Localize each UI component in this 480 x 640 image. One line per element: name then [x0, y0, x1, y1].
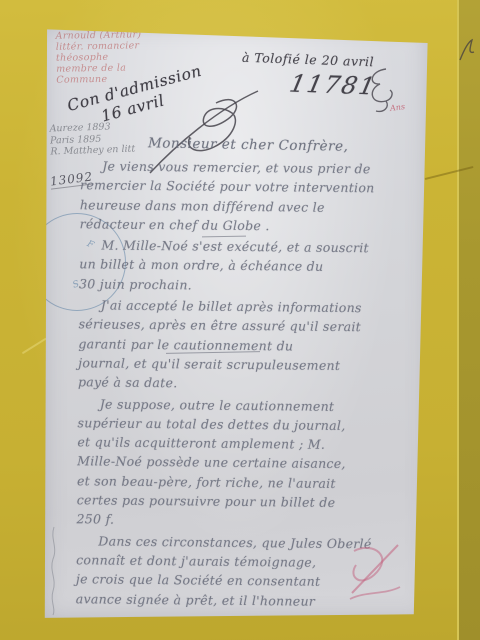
- letter-line: payé à sa date.: [78, 372, 418, 395]
- letter-line: certes pas poursuivre pour un billet de: [77, 490, 417, 513]
- letter-paragraph: Je suppose, outre le cautionnementsupéri…: [76, 394, 417, 533]
- date-annotation: à Tolofié le 20 avril: [242, 50, 375, 70]
- red-small-note: Ans: [389, 102, 405, 113]
- letter-line: rédacteur en chef du Globe .: [80, 214, 420, 237]
- letter-paragraph: M. Mille-Noé s'est exécuté, et a souscri…: [79, 235, 420, 296]
- letter-paragraph: Je viens vous remercier, et vous prier d…: [80, 156, 421, 237]
- registrar-note-red: Arnould (Arthur)littér. romancierthéosop…: [56, 29, 143, 85]
- letter-page: Arnould (Arthur)littér. romancierthéosop…: [44, 27, 428, 619]
- mount-crease-left: [22, 338, 47, 354]
- pencil-margin-notes: Aureze 1893Paris 1895R. Matthey en litt: [49, 121, 135, 158]
- red-check-marks: [342, 539, 412, 601]
- letter-line: 30 juin prochain.: [79, 274, 419, 297]
- letter-paragraph: J'ai accepté le billet après information…: [78, 295, 419, 395]
- registrar-note-line: littér. romancier: [56, 40, 142, 52]
- archive-photo: Arnould (Arthur)littér. romancierthéosop…: [0, 0, 480, 640]
- pencil-margin-squiggle: [47, 525, 61, 617]
- mount-board-edge: [457, 0, 480, 640]
- letter-line: 250 f.: [76, 510, 416, 533]
- stray-ink-mark: [456, 38, 478, 62]
